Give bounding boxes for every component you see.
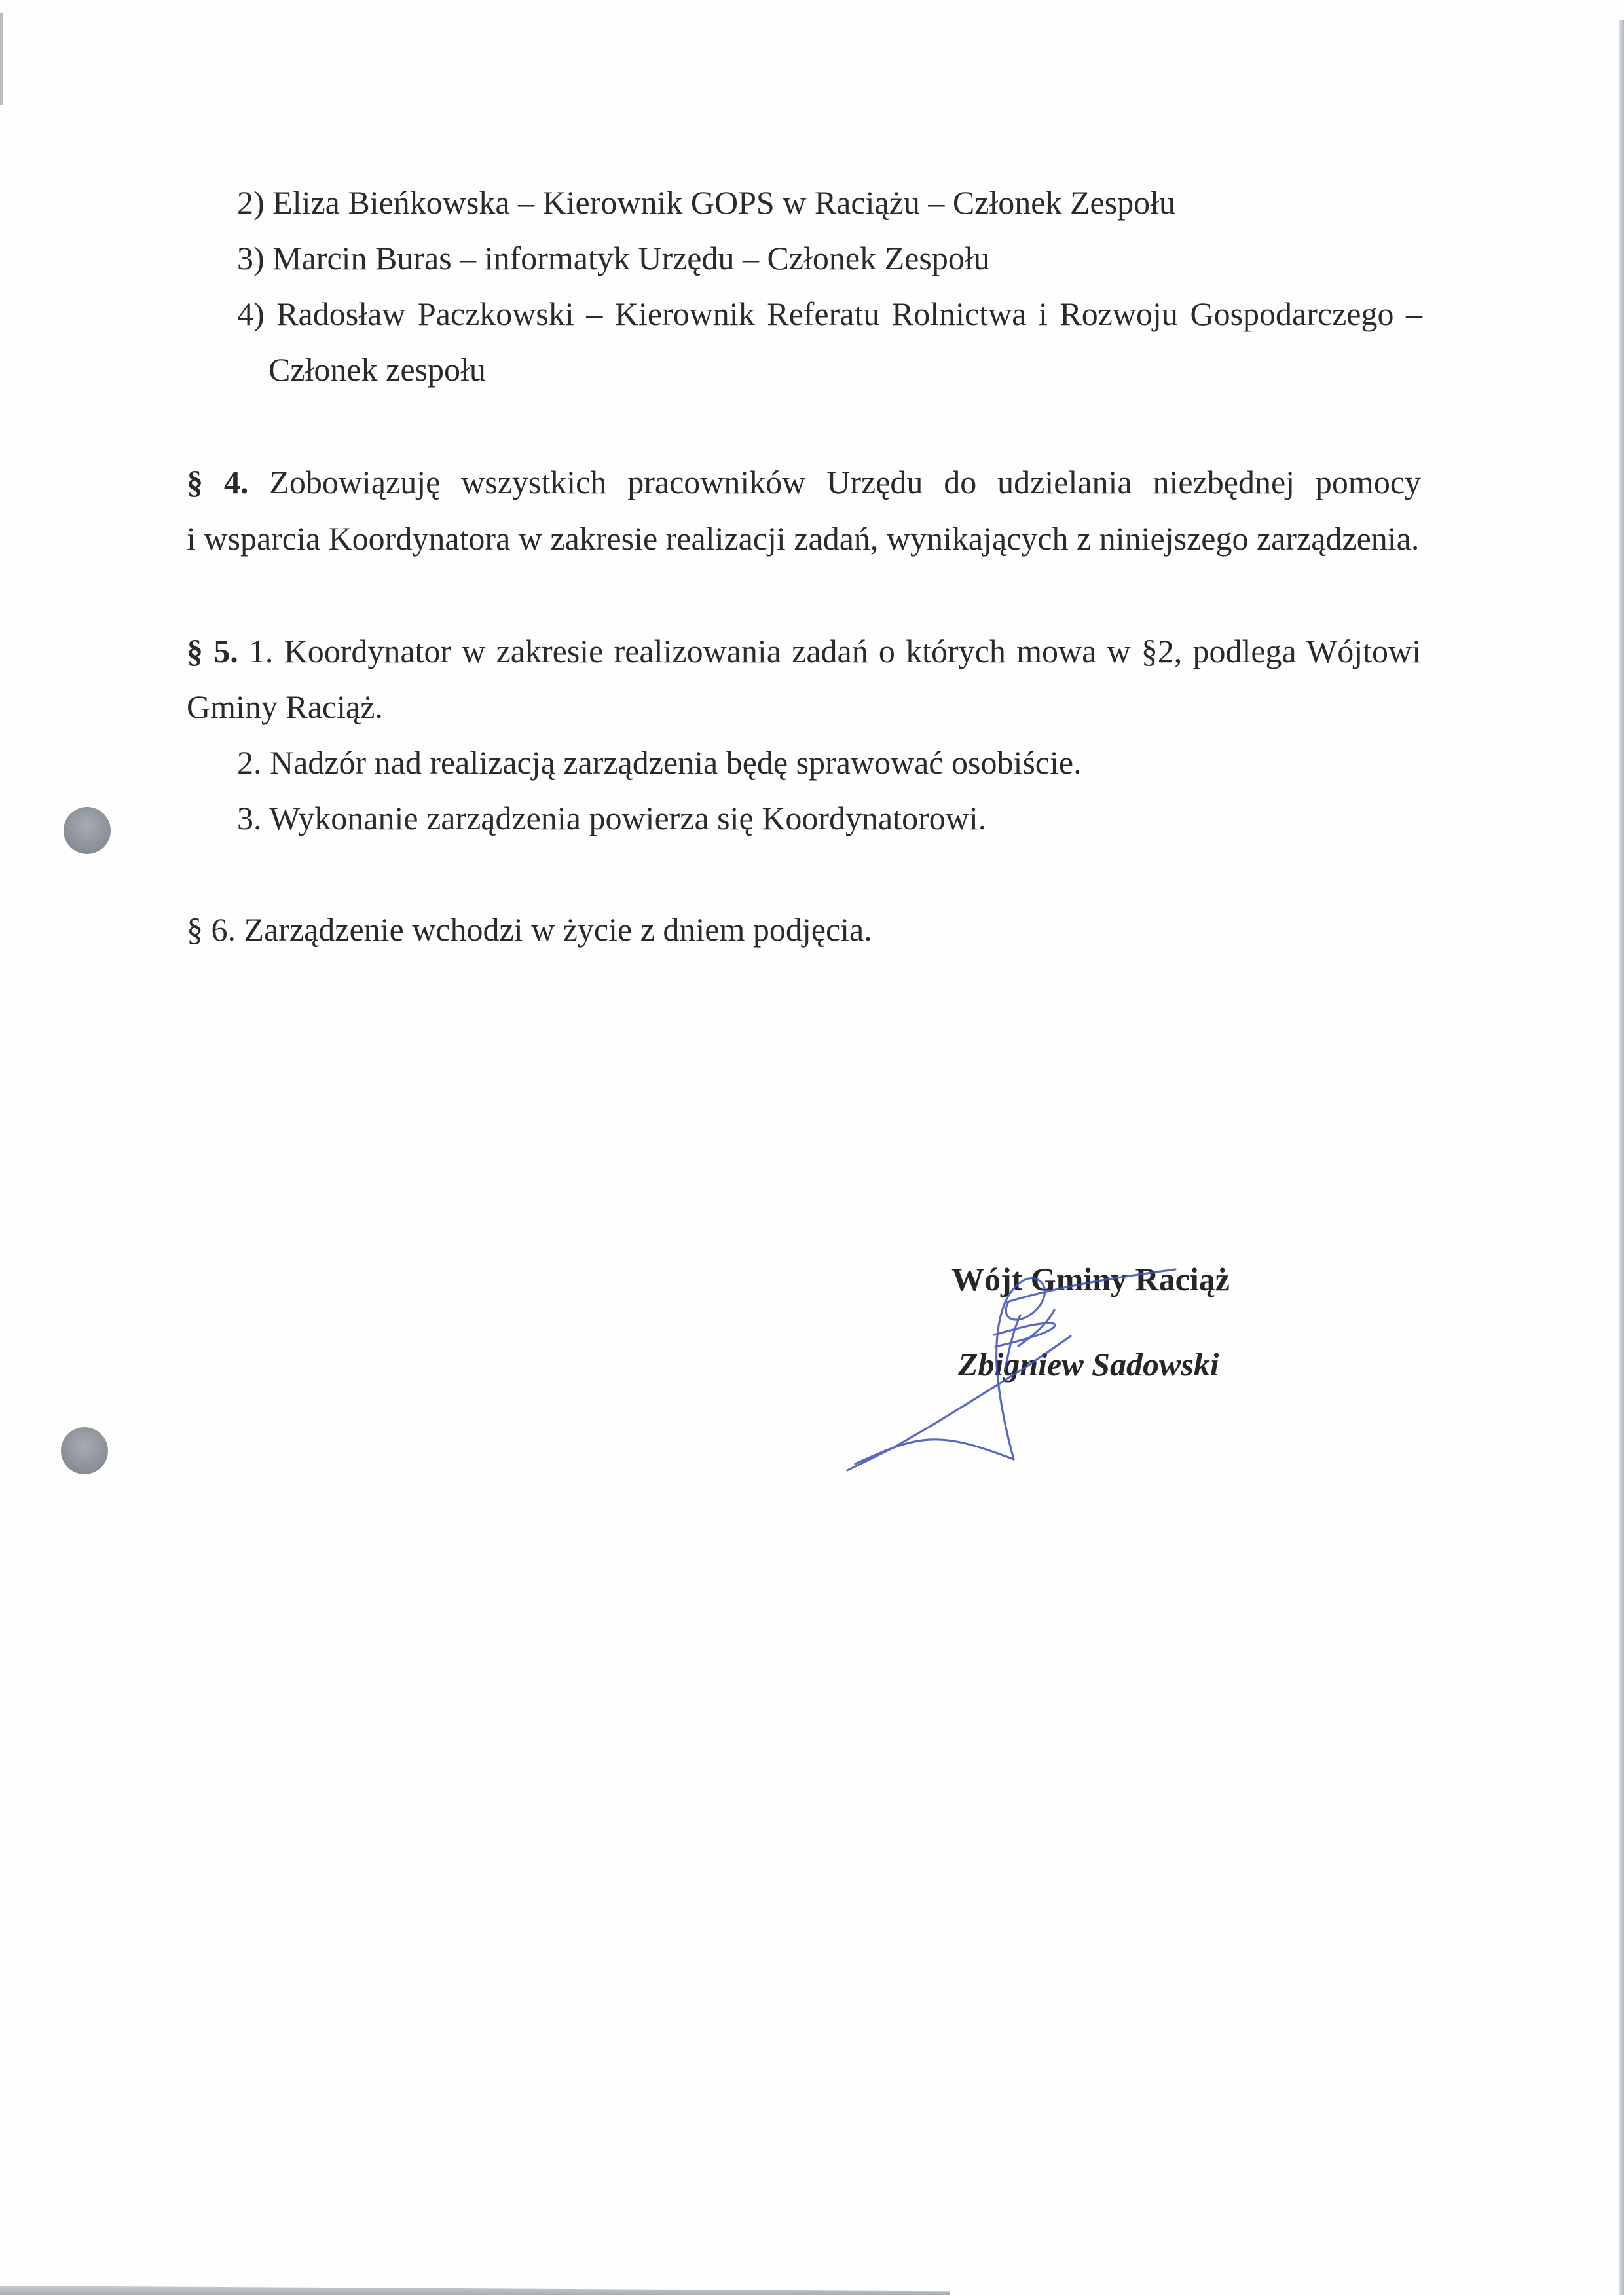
section-5-point-1-continuation: Gminy Raciąż.	[187, 690, 383, 723]
section-5-point-2: 2. Nadzór nad realizacją zarządzenia będ…	[237, 746, 1082, 779]
scan-edge-bottom	[0, 2286, 950, 2295]
section-5-point-1: 1. Koordynator w zakresie realizowania z…	[249, 633, 1421, 669]
section-4-line-2: i wsparcia Koordynatora w zakresie reali…	[187, 522, 1419, 555]
punch-hole-top	[64, 807, 111, 854]
section-4-text: Zobowiązuję wszystkich pracowników Urzęd…	[269, 464, 1421, 500]
section-6: § 6. Zarządzenie wchodzi w życie z dniem…	[187, 913, 872, 946]
team-member-4: 4) Radosław Paczkowski – Kierownik Refer…	[237, 297, 1422, 330]
section-5-marker: § 5.	[187, 633, 238, 669]
team-member-2: 2) Eliza Bieńkowska – Kierownik GOPS w R…	[237, 186, 1175, 219]
punch-hole-bottom	[61, 1427, 108, 1474]
handwritten-signature	[838, 1231, 1310, 1480]
scanned-page: 2) Eliza Bieńkowska – Kierownik GOPS w R…	[0, 0, 1624, 2295]
section-4-line-1: § 4. Zobowiązuję wszystkich pracowników …	[187, 466, 1421, 498]
scan-edge-right	[1619, 20, 1624, 2295]
scan-edge-left	[0, 13, 3, 105]
section-4-marker: § 4.	[187, 464, 248, 500]
section-5-line-1: § 5. 1. Koordynator w zakresie realizowa…	[187, 635, 1421, 667]
section-5-point-3: 3. Wykonanie zarządzenia powierza się Ko…	[237, 802, 986, 834]
team-member-4-continuation: Członek zespołu	[268, 353, 486, 386]
team-member-3: 3) Marcin Buras – informatyk Urzędu – Cz…	[237, 242, 990, 274]
